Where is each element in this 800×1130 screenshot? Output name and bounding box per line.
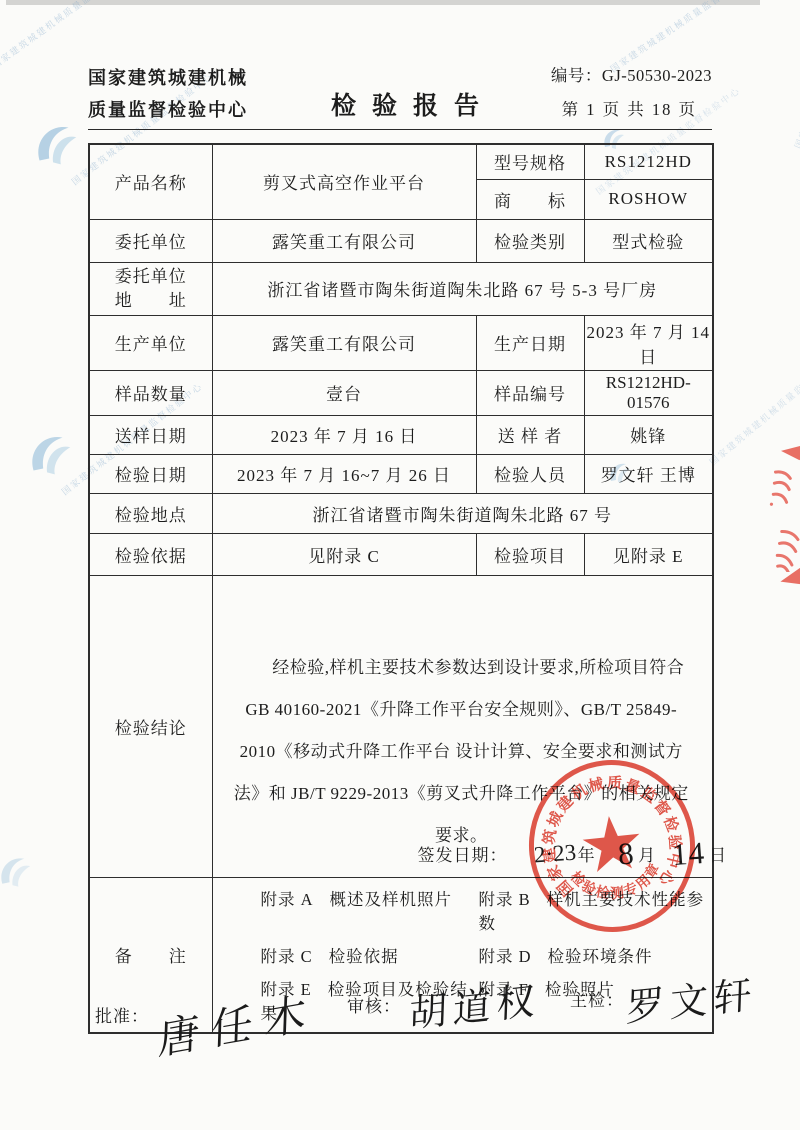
sign-date-month-handwriting: 8 — [616, 835, 635, 872]
approve-signature-handwriting: 唐任木 — [157, 978, 319, 1067]
delivery-date-label: 送样日期 — [89, 415, 212, 454]
header-divider — [88, 129, 712, 130]
table-row: 生产单位 露笑重工有限公司 生产日期 2023 年 7 月 14 日 — [89, 315, 713, 370]
chief-signature: 主检：罗文轩 — [570, 962, 758, 1017]
watermark-text: 国家建筑城建机械质量监督检验中心 — [0, 0, 139, 71]
review-signature: 审核：胡道权 — [347, 968, 541, 1023]
table-row: 检验结论 经检验,样机主要技术参数达到设计要求,所检项目符合 GB 40160-… — [89, 575, 713, 877]
location-value: 浙江省诸暨市陶朱街道陶朱北路 67 号 — [212, 493, 713, 533]
approve-label: 批准： — [95, 1007, 149, 1026]
report-page: 国家建筑城建机械质量监督检验中心 国家建筑城建机械质量监督检验中心 国家建筑城建… — [0, 0, 800, 1130]
sign-date-year-handwriting: 2·23 — [533, 839, 577, 868]
page-info: 第 1 页 共 18 页 — [470, 96, 697, 120]
inspectors-label: 检验人员 — [476, 454, 584, 493]
conclusion-cell: 经检验,样机主要技术参数达到设计要求,所检项目符合 GB 40160-2021《… — [212, 575, 713, 877]
table-row: 送样日期 2023 年 7 月 16 日 送 样 者 姚锋 — [89, 415, 713, 454]
client-address-label: 委托单位 地 址 — [89, 262, 212, 315]
center-logo-watermark — [20, 426, 78, 484]
center-logo-watermark — [26, 116, 84, 174]
deliverer-value: 姚锋 — [584, 415, 713, 454]
chief-label: 主检： — [570, 991, 624, 1010]
trademark-label: 商 标 — [476, 179, 584, 219]
sign-date-label: 签发日期： — [418, 846, 508, 865]
production-date-value: 2023 年 7 月 14 日 — [584, 315, 713, 370]
report-number-label: 编号： — [551, 66, 602, 85]
watermark-text: 国家建筑城建机械质量监督检验中心 — [791, 0, 800, 151]
basis-value: 见附录 C — [212, 533, 476, 575]
edge-stamp-fragment — [780, 443, 800, 461]
org-name: 国家建筑城建机械 质量监督检验中心 — [88, 62, 248, 126]
sign-date: 签发日期：2·23年8月14日 — [418, 833, 728, 869]
scan-artifact-band — [6, 0, 760, 5]
table-row: 检验依据 见附录 C 检验项目 见附录 E — [89, 533, 713, 575]
report-number: 编号：GJ-50530-2023 — [470, 62, 712, 86]
table-row: 产品名称 剪叉式高空作业平台 型号规格 RS1212HD — [89, 144, 713, 179]
items-label: 检验项目 — [476, 533, 584, 575]
manufacturer-label: 生产单位 — [89, 315, 212, 370]
table-row: 委托单位 露笑重工有限公司 检验类别 型式检验 — [89, 219, 713, 262]
appendix-item: 附录 A概述及样机照片 — [261, 886, 479, 934]
approve-signature: 批准：唐任木 — [95, 975, 319, 1035]
edge-stamp-fragment — [772, 526, 800, 572]
conclusion-text: 经检验,样机主要技术参数达到设计要求,所检项目符合 GB 40160-2021《… — [215, 595, 711, 857]
model-value: RS1212HD — [584, 144, 713, 179]
client-value: 露笑重工有限公司 — [212, 219, 476, 262]
sample-qty-label: 样品数量 — [89, 370, 212, 415]
conclusion-label: 检验结论 — [89, 575, 212, 877]
delivery-date-value: 2023 年 7 月 16 日 — [212, 415, 476, 454]
appendix-item: 附录 B样机主要技术性能参数 — [479, 886, 707, 934]
sign-date-day-handwriting: 14 — [671, 834, 706, 872]
appendix-item: 附录 C检验依据 — [261, 943, 479, 967]
basis-label: 检验依据 — [89, 533, 212, 575]
production-date-label: 生产日期 — [476, 315, 584, 370]
product-name-label: 产品名称 — [89, 144, 212, 219]
product-name-value: 剪叉式高空作业平台 — [212, 144, 476, 219]
table-row: 检验地点 浙江省诸暨市陶朱街道陶朱北路 67 号 — [89, 493, 713, 533]
inspection-date-value: 2023 年 7 月 16~7 月 26 日 — [212, 454, 476, 493]
table-row: 委托单位 地 址 浙江省诸暨市陶朱街道陶朱北路 67 号 5-3 号厂房 — [89, 262, 713, 315]
report-number-value: GJ-50530-2023 — [602, 66, 712, 85]
client-address-value: 浙江省诸暨市陶朱街道陶朱北路 67 号 5-3 号厂房 — [212, 262, 713, 315]
manufacturer-value: 露笑重工有限公司 — [212, 315, 476, 370]
sample-qty-value: 壹台 — [212, 370, 476, 415]
sample-no-label: 样品编号 — [476, 370, 584, 415]
items-value: 见附录 E — [584, 533, 713, 575]
org-name-line1: 国家建筑城建机械 — [88, 62, 248, 94]
table-row: 样品数量 壹台 样品编号 RS1212HD-01576 — [89, 370, 713, 415]
inspectors-value: 罗文轩 王博 — [584, 454, 713, 493]
deliverer-label: 送 样 者 — [476, 415, 584, 454]
client-label: 委托单位 — [89, 219, 212, 262]
org-name-line2: 质量监督检验中心 — [88, 94, 248, 126]
trademark-value: ROSHOW — [584, 179, 713, 219]
inspection-type-label: 检验类别 — [476, 219, 584, 262]
review-label: 审核： — [347, 997, 401, 1016]
model-label: 型号规格 — [476, 144, 584, 179]
chief-signature-handwriting: 罗文轩 — [625, 963, 758, 1032]
inspection-date-label: 检验日期 — [89, 454, 212, 493]
location-label: 检验地点 — [89, 493, 212, 533]
report-table: 产品名称 剪叉式高空作业平台 型号规格 RS1212HD 商 标 ROSHOW … — [88, 143, 714, 1034]
inspection-type-value: 型式检验 — [584, 219, 713, 262]
edge-stamp-fragment — [766, 468, 794, 510]
center-logo-watermark — [0, 850, 36, 894]
sample-no-value: RS1212HD-01576 — [584, 370, 713, 415]
table-row: 检验日期 2023 年 7 月 16~7 月 26 日 检验人员 罗文轩 王博 — [89, 454, 713, 493]
